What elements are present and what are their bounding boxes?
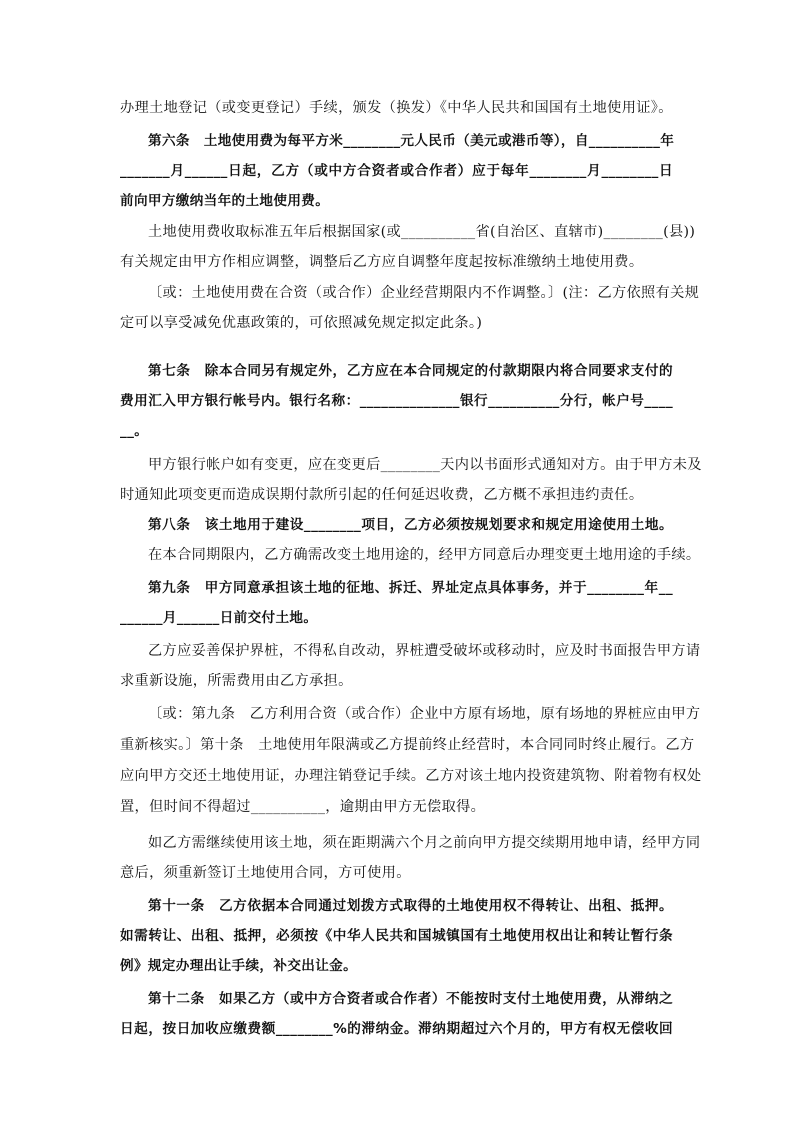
text-line: _______月______日起，乙方（或中方合资者或合作者）应于每年_____… — [120, 156, 673, 186]
article-11-heading-line: 第十一条 乙方依据本合同通过划拨方式取得的土地使用权不得转让、出租、抵押。 — [148, 891, 673, 921]
article-8-heading-line: 第八条 该土地用于建设________项目，乙方必须按规划要求和规定用途使用土地… — [148, 510, 673, 540]
text-line: 办理土地登记（或变更登记）手续，颁发（换发）《中华人民共和国国有土地使用证》。 — [120, 93, 673, 123]
text-line: 有关规定由甲方作相应调整，调整后乙方应自调整年度起按标准缴纳土地使用费。 — [120, 247, 643, 277]
text-line: 置，但时间不得超过__________，逾期由甲方无偿取得。 — [120, 792, 485, 822]
text-line: 日起，按日加收应缴费额________%的滞纳金。滞纳期超过六个月的，甲方有权无… — [120, 1014, 673, 1044]
text-line: 前向甲方缴纳当年的土地使用费。 — [120, 186, 329, 216]
text-line: 定可以享受减免优惠政策的，可依照减免规定拟定此条。) — [120, 308, 482, 338]
text-line: 如乙方需继续使用该土地，须在距期满六个月之前向甲方提交续期用地申请，经甲方同 — [148, 828, 673, 858]
text-line: 意后，须重新签订土地使用合同，方可使用。 — [120, 858, 411, 888]
article-6-heading-line: 第六条 土地使用费为每平方米________元人民币（美元或港币等），自____… — [148, 126, 673, 156]
article-7-heading-line: 第七条 除本合同另有规定外，乙方应在本合同规定的付款期限内将合同要求支付的 — [148, 356, 673, 386]
text-line: 甲方银行帐户如有变更，应在变更后________天内以书面形式通知对方。由于甲方… — [148, 450, 673, 480]
text-line: ______月______日前交付土地。 — [120, 603, 317, 633]
text-line: 重新核实。〕第十条 土地使用年限满或乙方提前终止经营时，本合同同时终止履行。乙方 — [120, 730, 673, 760]
text-line: 在本合同期限内，乙方确需改变土地用途的，经甲方同意后办理变更土地用途的手续。 — [148, 540, 673, 570]
text-line: 费用汇入甲方银行帐号内。银行名称：______________银行_______… — [120, 386, 673, 416]
text-line: 求重新设施，所需费用由乙方承担。 — [120, 666, 353, 696]
text-line: 土地使用费收取标准五年后根据国家(或__________省(自治区、直辖市)__… — [148, 217, 673, 247]
text-line: 如需转让、出租、抵押，必须按《中华人民共和国城镇国有土地使用权出让和转让暂行条 — [120, 921, 673, 951]
text-line: 〔或：土地使用费在合资（或合作）企业经营期限内不作调整。〕(注：乙方依照有关规 — [148, 278, 673, 308]
text-line: 时通知此项变更而造成误期付款所引起的任何延迟收费，乙方概不承担违约责任。 — [120, 480, 643, 510]
text-line: 〔或：第九条 乙方利用合资（或合作）企业中方原有场地，原有场地的界桩应由甲方 — [148, 699, 673, 729]
text-line: 例》规定办理出让手续，补交出让金。 — [120, 951, 357, 981]
article-12-heading-line: 第十二条 如果乙方（或中方合资者或合作者）不能按时支付土地使用费，从滞纳之 — [148, 984, 673, 1014]
text-line: 应向甲方交还土地使用证，办理注销登记手续。乙方对该土地内投资建筑物、附着物有权处 — [120, 761, 673, 791]
text-line: 乙方应妥善保护界桩，不得私自改动，界桩遭受破坏或移动时，应及时书面报告甲方请 — [148, 636, 673, 666]
text-line: __。 — [120, 416, 148, 446]
article-9-heading-line: 第九条 甲方同意承担该土地的征地、拆迁、界址定点具体事务，并于________年… — [148, 573, 673, 603]
